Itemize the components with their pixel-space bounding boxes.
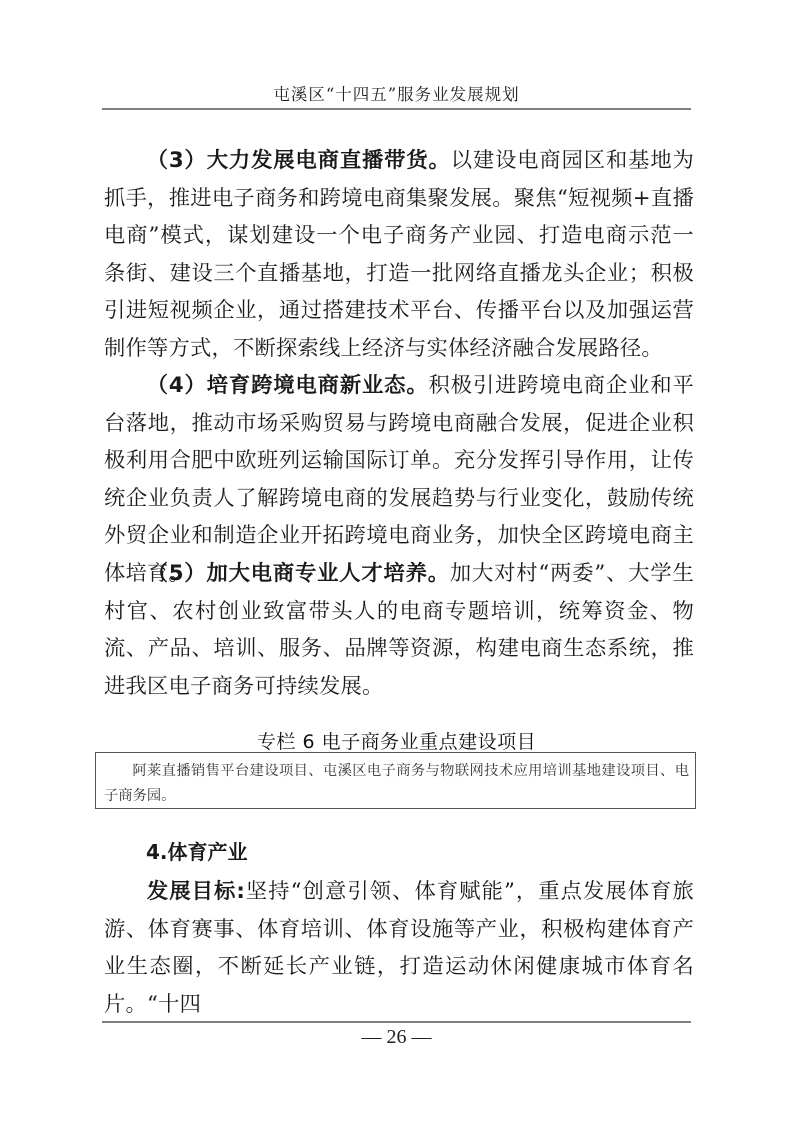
header-divider — [102, 108, 691, 110]
footer-divider — [102, 1021, 691, 1023]
paragraph-heading: （5）加大电商专业人才培养。 — [146, 561, 450, 586]
paragraph-heading: （3）大力发展电商直播带货。 — [146, 148, 451, 173]
paragraph-development-goal: 发展目标:坚持“创意引领、体育赋能”，重点发展体育旅游、体育赛事、体育培训、体育… — [104, 873, 694, 1023]
page-number: — 26 — — [0, 1026, 793, 1049]
column-box-content: 阿莱直播销售平台建设项目、屯溪区电子商务与物联网技术应用培训基地建设项目、电子商… — [104, 763, 689, 804]
paragraph-heading: （4）培育跨境电商新业态。 — [146, 373, 429, 398]
column-box-title: 专栏 6 电子商务业重点建设项目 — [0, 727, 793, 754]
section-heading-sports-industry: 4.体育产业 — [146, 836, 248, 865]
paragraph-ecommerce-talent: （5）加大电商专业人才培养。加大对村“两委”、大学生村官、农村创业致富带头人的电… — [104, 555, 694, 705]
column-box: 阿莱直播销售平台建设项目、屯溪区电子商务与物联网技术应用培训基地建设项目、电子商… — [95, 752, 696, 809]
paragraph-body: 以建设电商园区和基地为抓手，推进电子商务和跨境电商集聚发展。聚焦“短视频+直播电… — [104, 148, 694, 361]
running-header-title: 屯溪区“十四五”服务业发展规划 — [0, 81, 793, 105]
paragraph-ecommerce-live-streaming: （3）大力发展电商直播带货。以建设电商园区和基地为抓手，推进电子商务和跨境电商集… — [104, 142, 694, 368]
paragraph-label: 发展目标: — [146, 879, 245, 904]
